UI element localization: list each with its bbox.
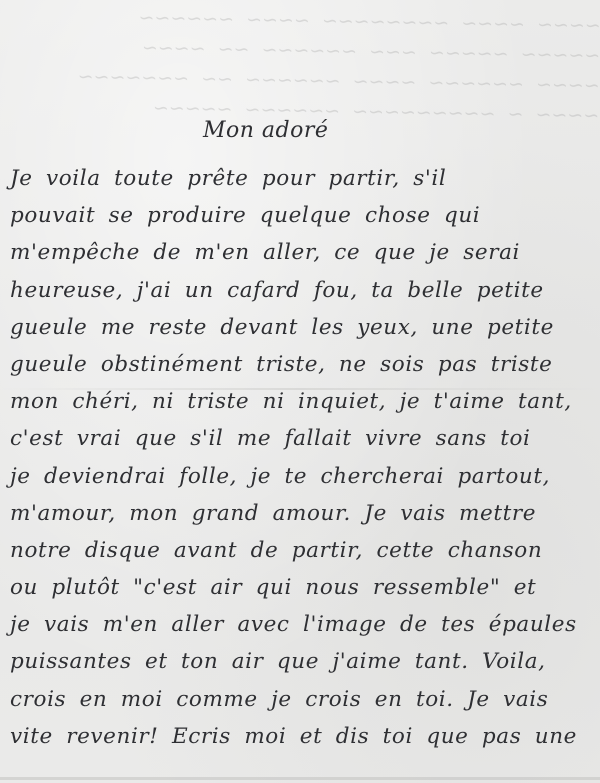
paper-bottom-edge — [0, 777, 600, 780]
letter-line: notre disque avant de partir, cette chan… — [10, 532, 600, 569]
letter-line: gueule me reste devant les yeux, une pet… — [10, 309, 600, 346]
letter-line: m'amour, mon grand amour. Je vais mettre — [10, 495, 600, 532]
letter-line: crois en moi comme je crois en toi. Je v… — [10, 681, 600, 718]
letter-line: m'empêche de m'en aller, ce que je serai — [10, 234, 600, 271]
letter-body: Je voila toute prête pour partir, s'il p… — [10, 160, 600, 755]
letter-line: pouvait se produire quelque chose qui — [10, 197, 600, 234]
letter-line: vite revenir! Ecris moi et dis toi que p… — [10, 718, 600, 755]
letter-line: mon chéri, ni triste ni inquiet, je t'ai… — [10, 383, 600, 420]
letter-line: je deviendrai folle, je te chercherai pa… — [10, 458, 600, 495]
letter-line: je vais m'en aller avec l'image de tes é… — [10, 606, 600, 643]
reverse-side-bleed-through: ~~~~ ~~~~ ~~~~~~~~ ~~~~ ~~~~~~ ~~~~~ ~~~… — [39, 1, 600, 131]
letter-line: puissantes et ton air que j'aime tant. V… — [10, 643, 600, 680]
salutation: Mon adoré — [203, 118, 328, 143]
letter-line: Je voila toute prête pour partir, s'il — [10, 160, 600, 197]
letter-line: ou plutôt "c'est air qui nous ressemble"… — [10, 569, 600, 606]
letter-line: c'est vrai que s'il me fallait vivre san… — [10, 420, 600, 457]
letter-page: ~~~~ ~~~~ ~~~~~~~~ ~~~~ ~~~~~~ ~~~~~ ~~~… — [0, 0, 600, 783]
letter-line: gueule obstinément triste, ne sois pas t… — [10, 346, 600, 383]
letter-line: heureuse, j'ai un cafard fou, ta belle p… — [10, 272, 600, 309]
